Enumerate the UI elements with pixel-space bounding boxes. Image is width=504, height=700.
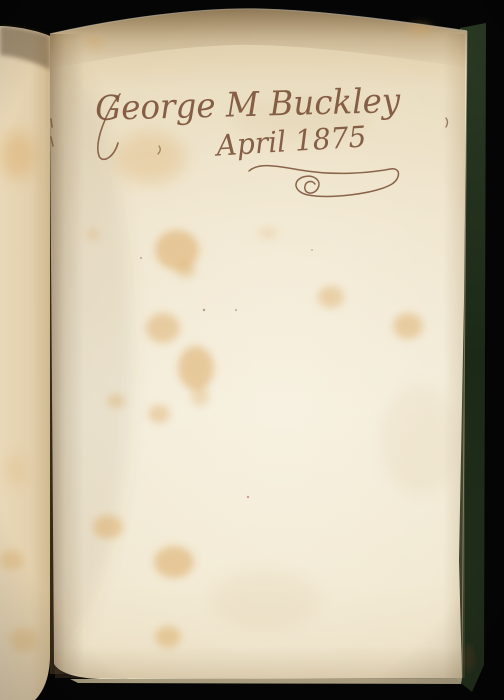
book-photo-canvas: George M Buckley April 1875 [0, 0, 504, 700]
book-photograph: George M Buckley April 1875 [0, 0, 504, 700]
photo-vignette [0, 0, 504, 700]
